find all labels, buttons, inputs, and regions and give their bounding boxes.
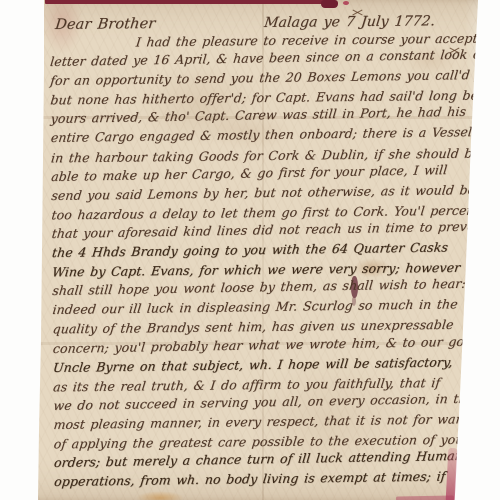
binding-strip <box>45 0 327 4</box>
letter-photograph: Dear Brother Malaga ye 7 July 1772. I ha… <box>0 0 500 500</box>
manuscript-paper: Dear Brother Malaga ye 7 July 1772. I ha… <box>0 0 500 500</box>
letter-text: Dear Brother Malaga ye 7 July 1772. I ha… <box>50 2 475 491</box>
binding-strip-dot <box>343 1 349 5</box>
salutation: Dear Brother <box>54 16 156 33</box>
pink-album-edge <box>446 448 458 500</box>
dateline: Malaga ye 7 July 1772. <box>263 13 436 31</box>
pink-album-edge-bottom <box>396 495 454 500</box>
